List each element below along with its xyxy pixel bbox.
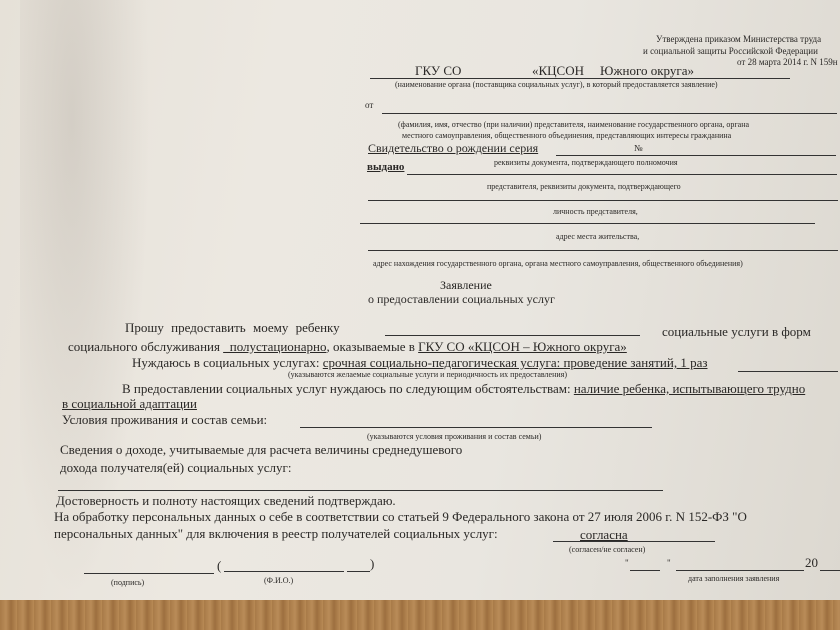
request-text-1: Прошу предоставить моему ребенку <box>125 320 340 336</box>
approval-line-3: от 28 марта 2014 г. N 159н <box>737 57 838 67</box>
consent-value: согласна <box>580 527 628 543</box>
document-label: Свидетельство о рождении серия <box>368 141 538 156</box>
service-form-value: _полустационарно <box>223 339 326 354</box>
needs-value: срочная социально-педагогическая услуга:… <box>323 355 708 370</box>
needs-line: Нуждаюсь в социальных услугах: срочная с… <box>132 355 708 371</box>
consent-caption: (согласен/не согласен) <box>569 545 645 554</box>
service-form-prefix: социального обслуживания <box>68 339 223 354</box>
name-caption: (Ф.И.О.) <box>264 576 293 585</box>
date-quote-open: " <box>625 558 629 568</box>
date-caption: дата заполнения заявления <box>688 574 779 583</box>
year-prefix: 20 <box>805 555 818 571</box>
approval-line-2: и социальной защиты Российской Федерации <box>643 46 818 56</box>
document-number-label: № <box>634 143 643 153</box>
org-address-caption: адрес нахождения государственного органа… <box>373 259 743 268</box>
service-form-mid: , оказываемые в <box>327 339 419 354</box>
service-provider-value: ГКУ СО «КЦСОН – Южного округа» <box>418 339 627 354</box>
from-label: от <box>365 100 373 110</box>
document-page: Утверждена приказом Министерства труда и… <box>0 0 840 630</box>
income-line-1: Сведения о доходе, учитываемые для расче… <box>60 442 462 458</box>
org-caption: (наименование органа (поставщика социаль… <box>395 80 718 89</box>
identity-caption: личность представителя, <box>553 207 638 216</box>
living-label: Условия проживания и состав семьи: <box>62 412 267 428</box>
org-name-part3: Южного округа» <box>600 63 694 79</box>
income-line-2: дохода получателя(ей) социальных услуг: <box>60 460 291 476</box>
name-paren-close: ) <box>370 556 374 572</box>
consent-line-1: На обработку персональных данных о себе … <box>54 509 747 525</box>
from-caption-2: местного самоуправления, общественного о… <box>402 131 731 140</box>
confirmation-text: Достоверность и полноту настоящих сведен… <box>56 493 396 509</box>
title-line-1: Заявление <box>440 278 492 293</box>
document-caption: реквизиты документа, подтверждающего пол… <box>494 158 678 167</box>
circumstances-line: В предоставлении социальных услуг нуждаю… <box>122 381 805 397</box>
desk-surface <box>0 600 840 630</box>
from-caption-1: (фамилия, имя, отчество (при наличии) пр… <box>398 120 749 129</box>
needs-label: Нуждаюсь в социальных услугах: <box>132 355 323 370</box>
approval-line-1: Утверждена приказом Министерства труда <box>656 34 821 44</box>
request-text-2: социальные услуги в форм <box>662 324 811 340</box>
date-quote-close: " <box>667 558 671 568</box>
address-caption: адрес места жительства, <box>556 232 639 241</box>
org-name-part2: «КЦСОН <box>532 63 584 79</box>
name-paren-open: ( <box>217 558 221 574</box>
living-caption: (указываются условия проживания и состав… <box>367 432 541 441</box>
issued-label: выдано <box>367 161 404 173</box>
signature-caption: (подпись) <box>111 578 144 587</box>
org-name-part1: ГКУ СО <box>415 63 461 79</box>
circumstances-label: В предоставлении социальных услуг нуждаю… <box>122 381 574 396</box>
circumstances-value-1: наличие ребенка, испытывающего трудно <box>574 381 805 396</box>
circumstances-value-2: в социальной адаптации <box>62 396 197 412</box>
service-form-line: социального обслуживания _полустационарн… <box>68 339 627 355</box>
issued-caption: представителя, реквизиты документа, подт… <box>487 182 681 191</box>
consent-line-2: персональных данных" для включения в рее… <box>54 526 498 542</box>
needs-caption: (указываются желаемые социальные услуги … <box>288 370 567 379</box>
consent-text: персональных данных" для включения в рее… <box>54 526 498 541</box>
title-line-2: о предоставлении социальных услуг <box>368 292 555 307</box>
